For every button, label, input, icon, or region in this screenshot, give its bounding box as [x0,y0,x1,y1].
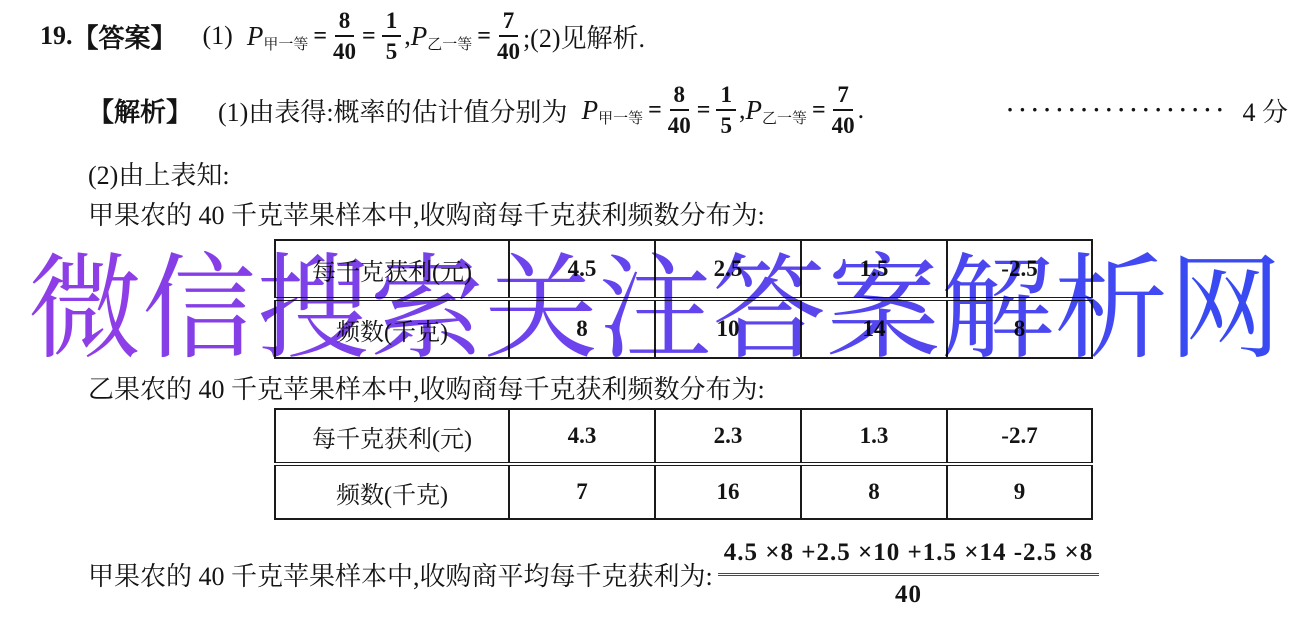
fraction-denominator: 40 [497,37,520,63]
table-cell: 8 [509,299,655,358]
analysis-label: 【解析】 [88,92,192,129]
table-cell: -2.5 [947,240,1092,299]
line-from-table: (2)由上表知: [88,156,230,190]
table-header-profit: 每千克获利(元) [275,409,509,464]
answer-label: 【答案】 [73,18,177,55]
average-fraction-numerator: 4.5 ×8 +2.5 ×10 +1.5 ×14 -2.5 ×8 [718,539,1100,576]
prob-symbol: P [745,95,762,126]
table-cell: 4.5 [509,240,655,299]
prob-symbol: P [411,21,428,52]
equals-sign: = [697,97,711,124]
table-cell: -2.7 [947,409,1092,464]
prob-subscript-yi: 乙一等 [762,107,807,128]
problem-number: 19. [40,21,73,51]
fraction-numerator: 8 [335,9,355,37]
fraction-1-5: 1 5 [716,83,736,137]
fraction-numerator: 7 [833,83,853,111]
watermark-char: 网 [1168,246,1282,373]
fraction-7-40: 7 40 [832,83,855,137]
table-cell: 14 [801,299,947,358]
equals-sign: = [477,23,491,50]
solution-page: 19. 【答案】 (1) P 甲一等 = 8 40 = 1 5 , P 乙一等 … [0,0,1313,620]
line-average-text: 甲果农的 40 千克苹果样本中,收购商平均每千克获利为: [88,556,713,593]
analysis-line: 【解析】 (1)由表得:概率的估计值分别为 P 甲一等 = 8 40 = 1 5… [88,78,1288,142]
fraction-numerator: 1 [716,83,736,111]
table-cell: 2.5 [655,240,801,299]
score-marker: 4 分 [1242,92,1288,129]
period: . [858,95,865,125]
table-yi-frequency: 每千克获利(元) 4.3 2.3 1.3 -2.7 频数(千克) 7 16 8 … [274,408,1093,520]
fraction-7-40: 7 40 [497,9,520,63]
table-cell: 1.5 [801,240,947,299]
fraction-8-40: 8 40 [668,83,691,137]
table-row: 每千克获利(元) 4.3 2.3 1.3 -2.7 [275,409,1092,464]
prob-subscript-jia: 甲一等 [263,33,308,54]
table-cell: 7 [509,464,655,519]
fraction-8-40: 8 40 [333,9,356,63]
answer-line: 19. 【答案】 (1) P 甲一等 = 8 40 = 1 5 , P 乙一等 … [40,4,645,68]
line-average: 甲果农的 40 千克苹果样本中,收购商平均每千克获利为: 4.5 ×8 +2.5… [88,534,1099,614]
fraction-denominator: 5 [720,111,732,137]
line-yi-intro-text: 乙果农的 40 千克苹果样本中,收购商每千克获利频数分布为: [88,369,765,406]
line-from-table-text: (2)由上表知: [88,155,230,192]
equals-sign: = [812,97,826,124]
part1-marker: (1) [203,21,233,51]
line-yi-intro: 乙果农的 40 千克苹果样本中,收购商每千克获利频数分布为: [88,370,765,404]
watermark-char: 信 [142,246,256,373]
prob-symbol: P [247,21,264,52]
dotted-leader: ·················· [1006,97,1228,123]
table-row: 频数(千克) 7 16 8 9 [275,464,1092,519]
table-cell: 8 [801,464,947,519]
line-jia-intro-text: 甲果农的 40 千克苹果样本中,收购商每千克获利频数分布为: [88,195,765,232]
fraction-denominator: 40 [668,111,691,137]
line-jia-intro: 甲果农的 40 千克苹果样本中,收购商每千克获利频数分布为: [88,196,765,230]
fraction-1-5: 1 5 [382,9,402,63]
equals-sign: = [313,23,327,50]
fraction-numerator: 8 [670,83,690,111]
analysis-intro: (1)由表得:概率的估计值分别为 [218,92,568,129]
prob-subscript-yi: 乙一等 [427,33,472,54]
table-header-frequency: 频数(千克) [275,299,509,358]
table-cell: 9 [947,464,1092,519]
average-fraction: 4.5 ×8 +2.5 ×10 +1.5 ×14 -2.5 ×8 40 [718,539,1100,610]
watermark-char: 微 [28,246,142,373]
table-cell: 10 [655,299,801,358]
table-cell: 8 [947,299,1092,358]
prob-symbol: P [582,95,599,126]
fraction-numerator: 1 [382,9,402,37]
average-fraction-denominator: 40 [895,576,922,610]
table-jia-frequency: 每千克获利(元) 4.5 2.5 1.5 -2.5 频数(千克) 8 10 14… [274,239,1093,359]
equals-sign: = [648,97,662,124]
table-cell: 16 [655,464,801,519]
fraction-numerator: 7 [499,9,519,37]
table-header-profit: 每千克获利(元) [275,240,509,299]
table-cell: 1.3 [801,409,947,464]
prob-subscript-jia: 甲一等 [598,107,643,128]
fraction-denominator: 5 [386,37,398,63]
table-row: 每千克获利(元) 4.5 2.5 1.5 -2.5 [275,240,1092,299]
table-header-frequency: 频数(千克) [275,464,509,519]
table-cell: 4.3 [509,409,655,464]
fraction-denominator: 40 [832,111,855,137]
fraction-denominator: 40 [333,37,356,63]
table-row: 频数(千克) 8 10 14 8 [275,299,1092,358]
equals-sign: = [362,23,376,50]
table-cell: 2.3 [655,409,801,464]
answer-tail: ;(2)见解析. [523,18,645,55]
